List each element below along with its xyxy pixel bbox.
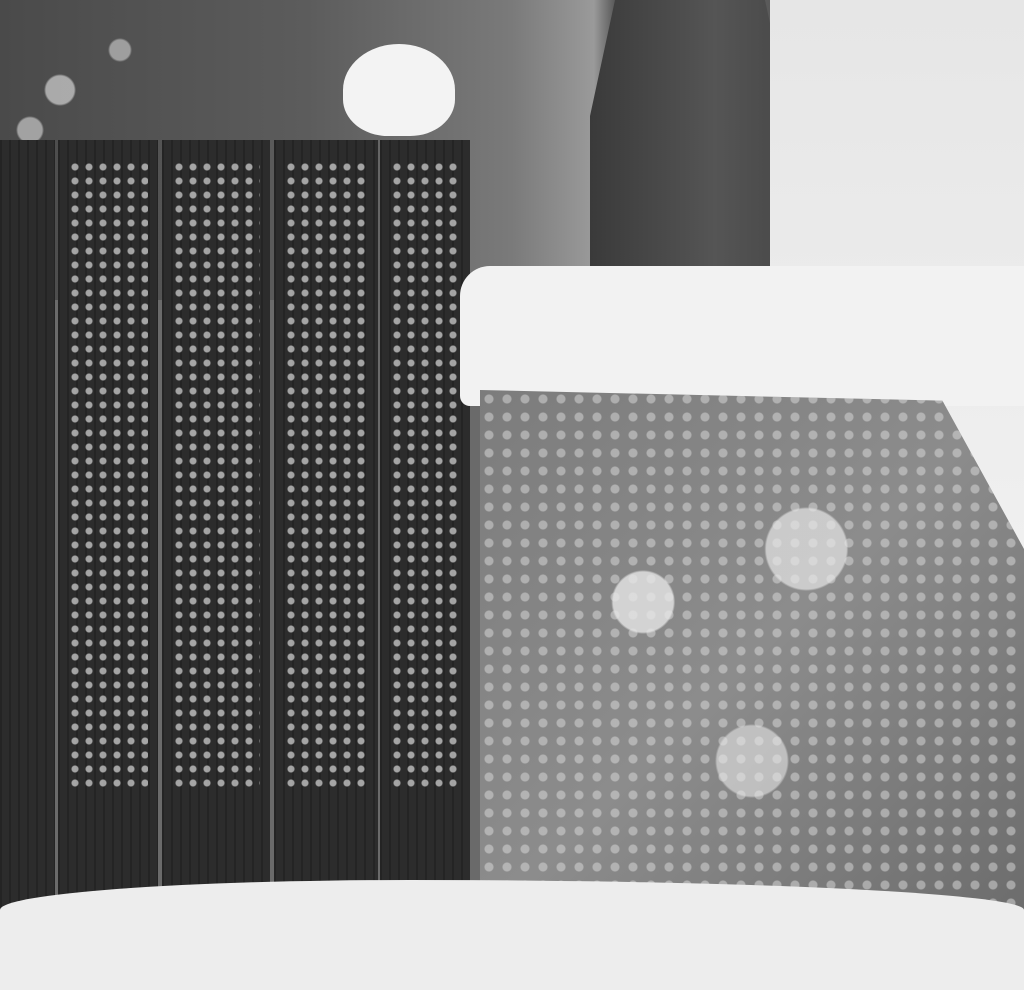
stone-wall — [480, 390, 1024, 920]
snow-ground — [0, 880, 1024, 990]
fence-plank — [162, 140, 270, 910]
snow-capped-post — [343, 44, 455, 136]
fence-plank — [0, 140, 55, 910]
fence-plank — [380, 140, 470, 910]
snow-ledge — [460, 266, 1024, 406]
fence-plank — [274, 140, 378, 910]
wooden-fence — [0, 140, 480, 910]
fence-plank — [58, 140, 158, 910]
snowy-fence-photo — [0, 0, 1024, 990]
